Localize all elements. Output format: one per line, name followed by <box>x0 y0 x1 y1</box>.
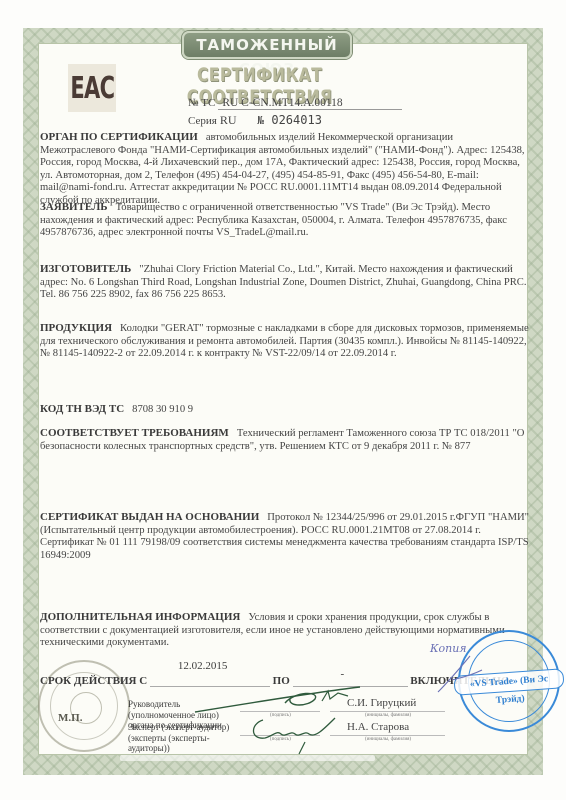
seal-placement-label: М.П. <box>58 712 82 724</box>
section-text: 8708 30 910 9 <box>132 404 193 415</box>
eac-logo-text: ЕАС <box>70 71 114 106</box>
section-heading: СЕРТИФИКАТ ВЫДАН НА ОСНОВАНИИ <box>40 511 259 523</box>
head-name-caption: (инициалы, фамилия) <box>365 713 411 718</box>
expert-name-caption: (инициалы, фамилия) <box>365 737 411 742</box>
section-hs-code: КОД ТН ВЭД ТС8708 30 910 9 <box>40 403 530 417</box>
section-certification-body: ОРГАН ПО СЕРТИФИКАЦИИавтомобильных издел… <box>40 131 530 208</box>
tc-number-value: RU C-CN.MT14.A.00118 <box>218 97 402 110</box>
section-heading: ДОПОЛНИТЕЛЬНАЯ ИНФОРМАЦИЯ <box>40 611 240 623</box>
section-text: Товарищество с ограниченной ответственно… <box>40 202 507 238</box>
section-heading: ИЗГОТОВИТЕЛЬ <box>40 263 131 275</box>
tc-number-row: № ТС RU C-CN.MT14.A.00118 <box>188 95 402 110</box>
section-manufacturer: ИЗГОТОВИТЕЛЬ"Zhuhai Clory Friction Mater… <box>40 263 530 302</box>
validity-from-label: СРОК ДЕЙСТВИЯ С <box>40 675 147 687</box>
series-row: Серия RU № 0264013 <box>188 113 322 128</box>
series-value: RU <box>220 113 237 127</box>
section-heading: КОД ТН ВЭД ТС <box>40 403 124 415</box>
section-basis: СЕРТИФИКАТ ВЫДАН НА ОСНОВАНИИПротокол № … <box>40 511 530 562</box>
validity-to-date: - <box>341 668 345 680</box>
section-heading: ОРГАН ПО СЕРТИФИКАЦИИ <box>40 131 198 143</box>
section-text: Колодки "GERAT" тормозные с накладками в… <box>40 323 529 359</box>
expert-signature-icon <box>245 712 345 757</box>
section-heading: СООТВЕТСТВУЕТ ТРЕБОВАНИЯМ <box>40 427 229 439</box>
eac-logo: ЕАС <box>68 64 116 112</box>
tc-number-label: № ТС <box>188 97 215 109</box>
section-text: автомобильных изделий Некоммерческой орг… <box>40 132 525 206</box>
section-heading: ЗАЯВИТЕЛЬ <box>40 201 108 213</box>
customs-union-badge: ТАМОЖЕННЫЙ СОЮЗ <box>182 31 352 59</box>
serial-number: № 0264013 <box>257 113 321 127</box>
section-applicant: ЗАЯВИТЕЛЬТоварищество с ограниченной отв… <box>40 201 530 240</box>
section-text-secondary: Сертификат № 01 111 79198/09 соответстви… <box>40 537 530 562</box>
section-heading: ПРОДУКЦИЯ <box>40 322 112 334</box>
series-label: Серия <box>188 115 217 127</box>
applicant-signature-icon <box>430 650 490 700</box>
printing-info-band <box>120 755 375 761</box>
serial-number-value: 0264013 <box>271 113 322 127</box>
section-product: ПРОДУКЦИЯКолодки "GERAT" тормозные с нак… <box>40 322 530 361</box>
validity-from-date: 12.02.2015 <box>178 660 228 672</box>
section-requirements: СООТВЕТСТВУЕТ ТРЕБОВАНИЯМТехнический рег… <box>40 427 530 453</box>
